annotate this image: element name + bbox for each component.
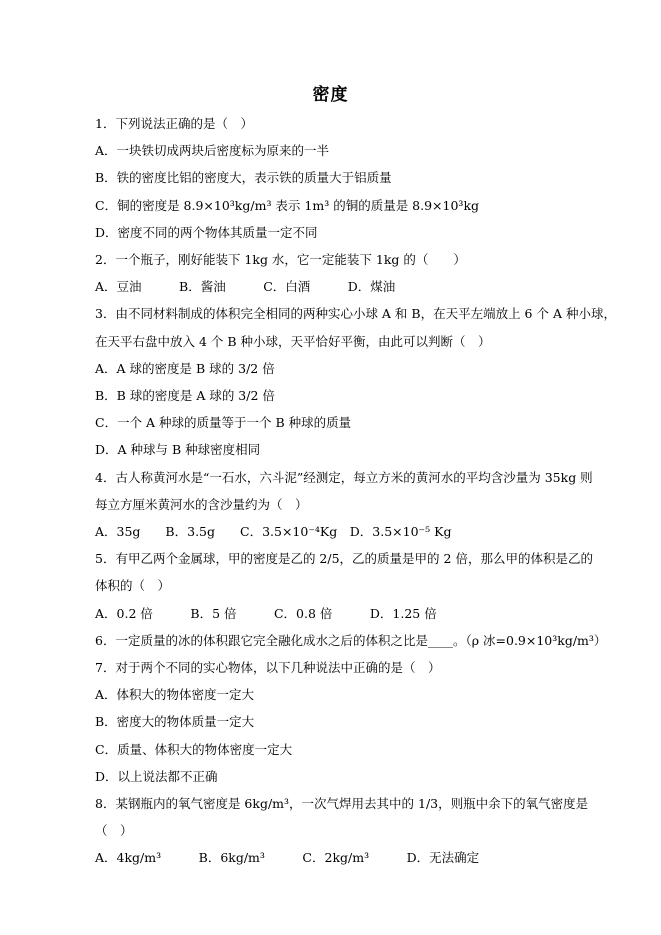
worksheet-page: 密度 1．下列说法正确的是（ ）A．一块铁切成两块后密度标为原来的一半B．铁的密… bbox=[0, 0, 661, 935]
question-5: 5．有甲乙两个金属球，甲的密度是乙的 2/5，乙的质量是甲的 2 倍，那么甲的体… bbox=[95, 545, 631, 627]
question-3-line-2: A．A 球的密度是 B 球的 3/2 倍 bbox=[95, 355, 631, 382]
question-5-line-1: 体积的（ ） bbox=[95, 572, 631, 599]
question-1-line-3: C．铜的密度是 8.9×10³kg/m³ 表示 1m³ 的铜的质量是 8.9×1… bbox=[95, 192, 631, 219]
question-3-line-3: B．B 球的密度是 A 球的 3/2 倍 bbox=[95, 382, 631, 409]
question-7-line-1: A．体积大的物体密度一定大 bbox=[95, 681, 631, 708]
question-2-line-1: A．豆油 B．酱油 C．白酒 D．煤油 bbox=[95, 273, 631, 300]
question-3-line-5: D．A 种球与 B 种球密度相同 bbox=[95, 436, 631, 463]
question-7-line-4: D．以上说法都不正确 bbox=[95, 763, 631, 790]
question-8-line-1: （ ） bbox=[95, 817, 631, 844]
question-1-line-0: 1．下列说法正确的是（ ） bbox=[95, 110, 631, 137]
question-3-line-0: 3．由不同材料制成的体积完全相同的两种实心小球 A 和 B，在天平左端放上 6 … bbox=[95, 300, 631, 327]
question-6: 6．一定质量的冰的体积跟它完全融化成水之后的体积之比是____。（ρ 冰=0.9… bbox=[95, 627, 631, 654]
question-1-line-2: B．铁的密度比铝的密度大，表示铁的质量大于铝质量 bbox=[95, 164, 631, 191]
question-7-line-2: B．密度大的物体质量一定大 bbox=[95, 708, 631, 735]
question-4-line-2: A．35g B．3.5g C．3.5×10⁻⁴Kg D．3.5×10⁻⁵ Kg bbox=[95, 518, 631, 545]
question-7-line-0: 7．对于两个不同的实心物体，以下几种说法中正确的是（ ） bbox=[95, 654, 631, 681]
question-1-line-1: A．一块铁切成两块后密度标为原来的一半 bbox=[95, 137, 631, 164]
question-2: 2．一个瓶子，刚好能装下 1kg 水，它一定能装下 1kg 的（ ）A．豆油 B… bbox=[95, 246, 631, 300]
question-7-line-3: C．质量、体积大的物体密度一定大 bbox=[95, 736, 631, 763]
question-3-line-4: C．一个 A 种球的质量等于一个 B 种球的质量 bbox=[95, 409, 631, 436]
question-6-line-0: 6．一定质量的冰的体积跟它完全融化成水之后的体积之比是____。（ρ 冰=0.9… bbox=[95, 627, 631, 654]
question-3-line-1: 在天平右盘中放入 4 个 B 种小球，天平恰好平衡，由此可以判断（ ） bbox=[95, 328, 631, 355]
question-2-line-0: 2．一个瓶子，刚好能装下 1kg 水，它一定能装下 1kg 的（ ） bbox=[95, 246, 631, 273]
question-8-line-0: 8．某钢瓶内的氧气密度是 6kg/m³，一次气焊用去其中的 1/3，则瓶中余下的… bbox=[95, 790, 631, 817]
question-5-line-2: A．0.2 倍 B．5 倍 C．0.8 倍 D．1.25 倍 bbox=[95, 600, 631, 627]
question-4-line-1: 每立方厘米黄河水的含沙量约为（ ） bbox=[95, 491, 631, 518]
document-body: 1．下列说法正确的是（ ）A．一块铁切成两块后密度标为原来的一半B．铁的密度比铝… bbox=[0, 110, 661, 872]
question-8-line-2: A．4kg/m³ B．6kg/m³ C．2kg/m³ D．无法确定 bbox=[95, 844, 631, 871]
question-7: 7．对于两个不同的实心物体，以下几种说法中正确的是（ ）A．体积大的物体密度一定… bbox=[95, 654, 631, 790]
question-4: 4．古人称黄河水是“一石水，六斗泥”经测定，每立方米的黄河水的平均含沙量为 35… bbox=[95, 464, 631, 546]
question-3: 3．由不同材料制成的体积完全相同的两种实心小球 A 和 B，在天平左端放上 6 … bbox=[95, 300, 631, 463]
question-8: 8．某钢瓶内的氧气密度是 6kg/m³，一次气焊用去其中的 1/3，则瓶中余下的… bbox=[95, 790, 631, 872]
page-title: 密度 bbox=[0, 0, 661, 105]
question-1: 1．下列说法正确的是（ ）A．一块铁切成两块后密度标为原来的一半B．铁的密度比铝… bbox=[95, 110, 631, 246]
question-5-line-0: 5．有甲乙两个金属球，甲的密度是乙的 2/5，乙的质量是甲的 2 倍，那么甲的体… bbox=[95, 545, 631, 572]
question-1-line-4: D．密度不同的两个物体其质量一定不同 bbox=[95, 219, 631, 246]
question-4-line-0: 4．古人称黄河水是“一石水，六斗泥”经测定，每立方米的黄河水的平均含沙量为 35… bbox=[95, 464, 631, 491]
